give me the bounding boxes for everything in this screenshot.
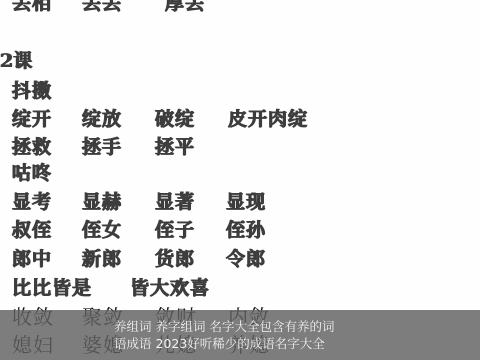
vocab-word: 显考 [12, 189, 52, 215]
vocab-word: 叔侄 [12, 217, 52, 243]
vocab-word: 绽开 [12, 106, 52, 132]
caption-line-2: 语成语 2023好听稀少的成语名字大全 [114, 335, 384, 352]
vocab-word: 货郎 [155, 246, 195, 272]
vocab-word: 绽放 [82, 106, 122, 132]
vocab-word: 抖擞 [12, 78, 52, 104]
vocab-word: 丢丢 [82, 0, 122, 16]
vocab-word: 皮开肉绽 [228, 106, 308, 132]
vocab-word: 拯手 [82, 134, 122, 160]
vocab-word: 显赫 [82, 189, 122, 215]
vocab-word: 侄孙 [226, 217, 266, 243]
vocab-word: 侄女 [82, 217, 122, 243]
scanned-vocabulary-page: 丢相 丢丢 厚丢 2课 抖擞 绽开 绽放 破绽 皮开肉绽 拯救 拯手 拯平 咕咚… [0, 0, 480, 360]
vocab-word: 郎中 [12, 246, 52, 272]
caption-line-1: 养组词 养字组词 名字大全包含有养的词 [114, 318, 384, 335]
vocab-word: 破绽 [155, 106, 195, 132]
vocab-word: 丢相 [12, 0, 52, 16]
vocab-word: 新郎 [82, 246, 122, 272]
vocab-word: 比比皆是 [12, 275, 92, 301]
vocab-word: 显著 [155, 189, 195, 215]
vocab-word: 咕咚 [12, 160, 52, 186]
vocab-word: 侄子 [155, 217, 195, 243]
lesson-heading: 2课 [0, 48, 32, 74]
caption-text[interactable]: 养组词 养字组词 名字大全包含有养的词 语成语 2023好听稀少的成语名字大全 [114, 318, 384, 352]
vocab-word: 皆大欢喜 [130, 275, 210, 301]
vocab-word: 厚丢 [165, 0, 205, 16]
vocab-word: 拯救 [12, 134, 52, 160]
vocab-word: 显现 [226, 189, 266, 215]
vocab-word: 拯平 [155, 134, 195, 160]
vocab-word: 令郎 [226, 246, 266, 272]
